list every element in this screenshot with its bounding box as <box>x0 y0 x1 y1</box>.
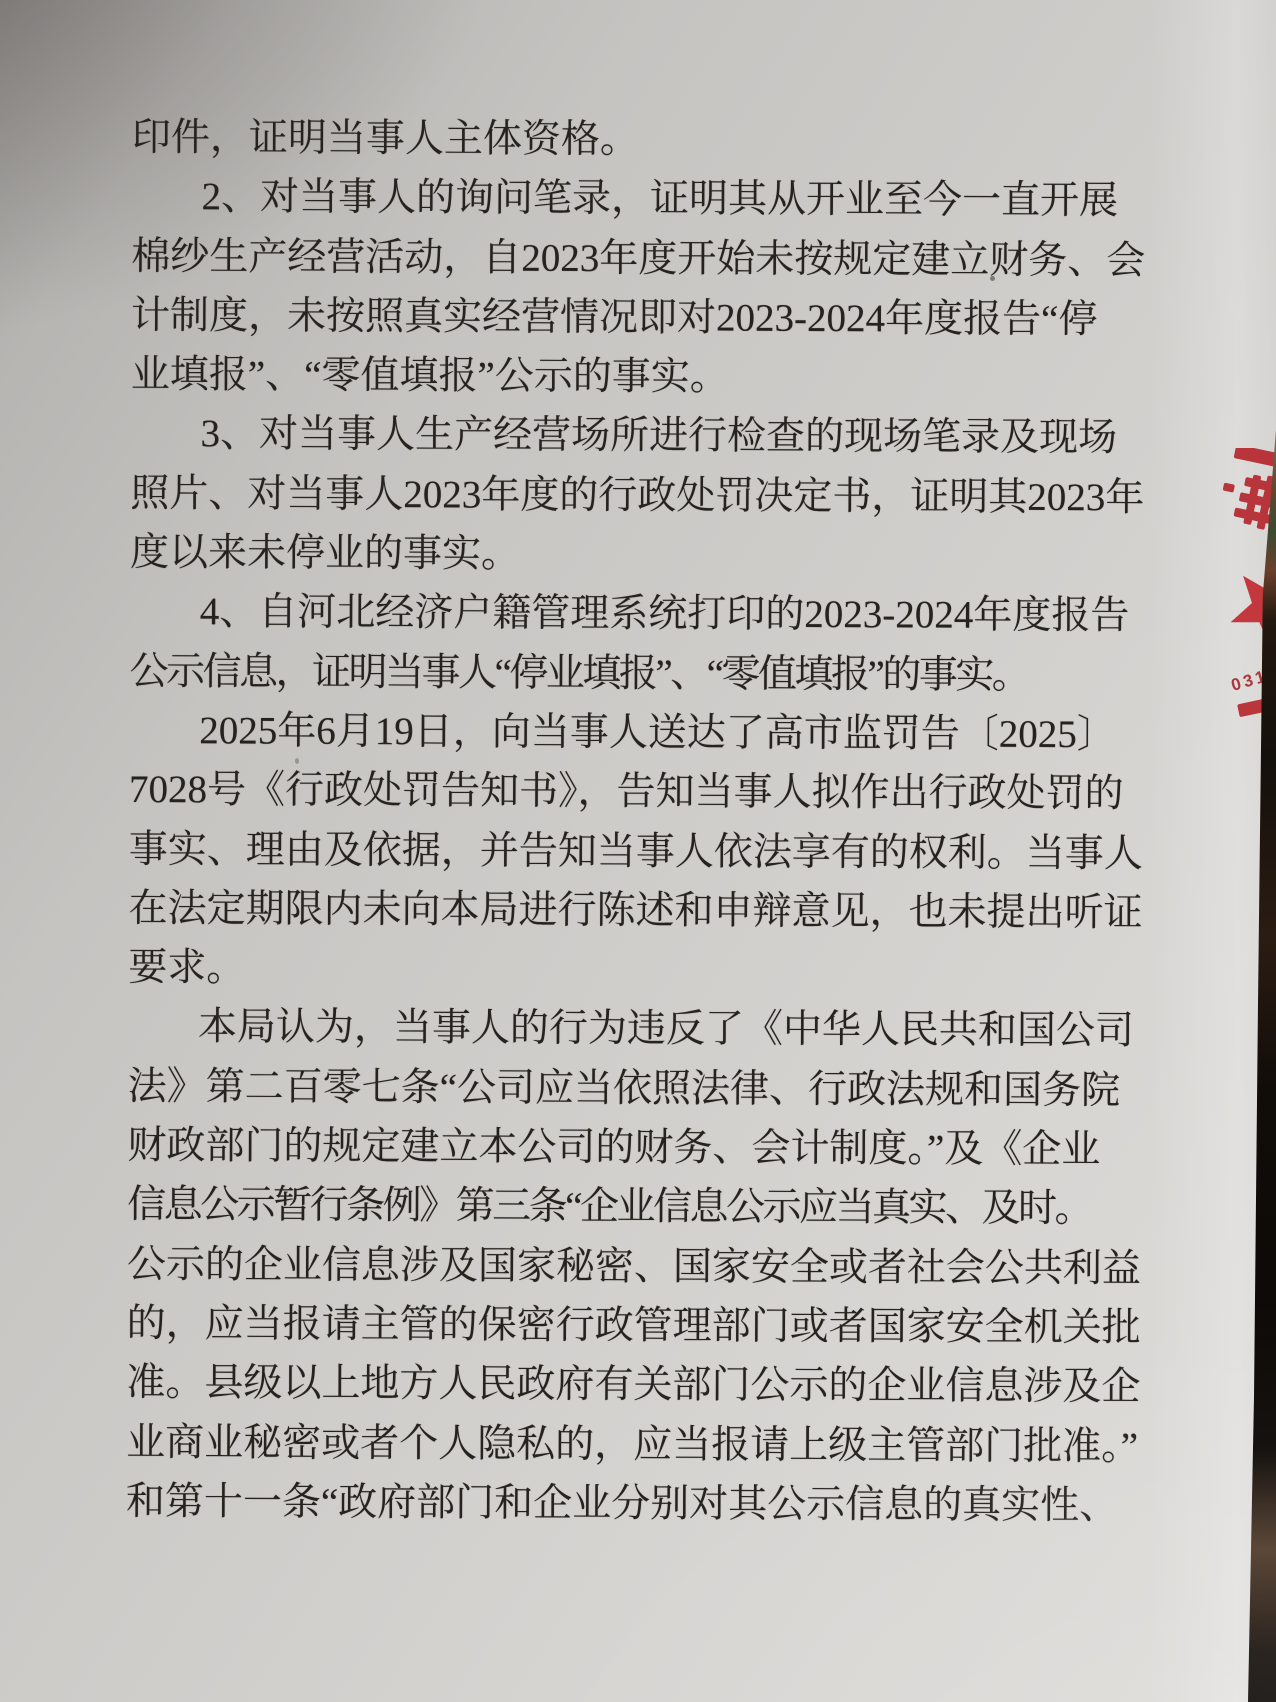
document-line: 财政部门的规定建立本公司的财务、会计制度。”及《企业 <box>127 1116 1075 1179</box>
paging-seal-fragment-icon <box>1218 448 1276 544</box>
document-line: 棉纱生产经营活动，自2023年度开始未按规定建立财务、会 <box>131 227 1079 290</box>
document-line: 业商业秘密或者个人隐私的，应当报请上级主管部门批准。” <box>126 1413 1074 1476</box>
paper-speck <box>990 276 995 281</box>
paper-speck <box>295 758 299 764</box>
document-line: 度以来未停业的事实。 <box>130 523 1078 586</box>
document-line: 事实、理由及依据，并告知当事人依法享有的权利。当事人 <box>129 820 1077 883</box>
document-line: 要求。 <box>128 938 1076 1001</box>
document-line: 业填报”、“零值填报”公示的事实。 <box>131 345 1079 408</box>
document-line: 2025年6月19日，向当事人送达了高市监罚告〔2025〕 <box>129 701 1077 764</box>
document-line: 2、对当事人的询问笔录，证明其从开业至今一直开展 <box>131 167 1079 230</box>
document-line: 7028号《行政处罚告知书》，告知当事人拟作出行政处罚的 <box>129 760 1077 823</box>
document-line: 法》第二百零七条“公司应当依照法律、行政法规和国务院 <box>128 1057 1076 1120</box>
document-line: 计制度，未按照真实经营情况即对2023-2024年度报告“停 <box>131 286 1079 349</box>
document-photo: 印件，证明当事人主体资格。 2、对当事人的询问笔录，证明其从开业至今一直开展 棉… <box>0 0 1276 1702</box>
document-line: 3、对当事人生产经营场所进行检查的现场笔录及现场 <box>130 404 1078 467</box>
document-line: 印件，证明当事人主体资格。 <box>132 108 1080 171</box>
document-line: 的，应当报请主管的保密行政管理部门或者国家安全机关批 <box>127 1294 1075 1357</box>
document-line: 照片、对当事人2023年度的行政处罚决定书，证明其2023年 <box>130 464 1078 527</box>
document-line: 4、自河北经济户籍管理系统打印的2023-2024年度报告 <box>130 582 1078 645</box>
document-line: 信息公示暂行条例》第三条“企业信息公示应当真实、及时。 <box>127 1175 1075 1238</box>
document-line: 公示信息，证明当事人“停业填报”、“零值填报”的事实。 <box>129 642 1077 705</box>
document-text-block: 印件，证明当事人主体资格。 2、对当事人的询问笔录，证明其从开业至今一直开展 棉… <box>126 108 1080 1535</box>
document-line: 公示的企业信息涉及国家秘密、国家安全或者社会公共利益 <box>127 1235 1075 1298</box>
document-line: 本局认为，当事人的行为违反了《中华人民共和国公司 <box>128 997 1076 1060</box>
document-line: 和第十一条“政府部门和企业分别对其公示信息的真实性、 <box>126 1472 1074 1535</box>
document-line: 在法定期限内未向本局进行陈述和申辩意见，也未提出听证 <box>128 879 1076 942</box>
document-line: 准。县级以上地方人民政府有关部门公示的企业信息涉及企 <box>126 1353 1074 1416</box>
